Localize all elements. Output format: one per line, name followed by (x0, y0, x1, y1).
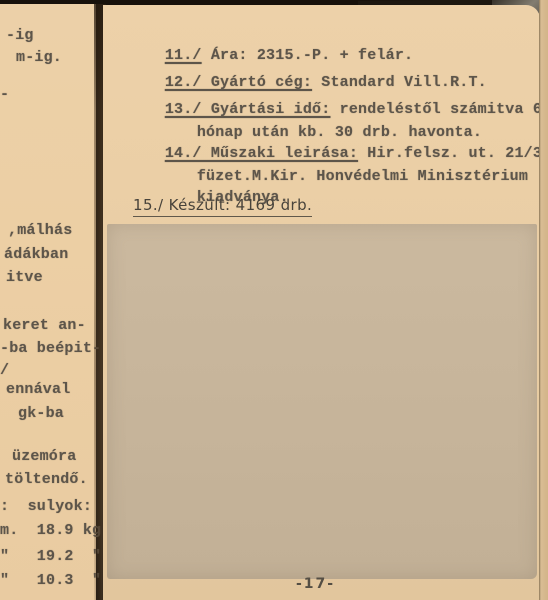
margin-fragment: : sulyok: (0, 498, 92, 515)
margin-fragment: gk-ba (18, 405, 64, 422)
scanned-page: 11./ Ára: 2315.-P. + felár. 12./ Gyártó … (103, 5, 540, 600)
margin-fragment: üzemóra (12, 448, 76, 465)
left-page-edge: -ig m-ig. - ,málhás ádákban itve keret a… (0, 4, 96, 600)
right-page-edge (539, 0, 548, 600)
margin-fragment: " 10.3 " (0, 572, 101, 589)
margin-fragment: - (0, 86, 9, 103)
margin-fragment: / (0, 362, 9, 379)
handwritten-note: 15./ Készült: 4169 drb. (133, 196, 312, 217)
margin-fragment: -ba beépit- (0, 340, 101, 357)
margin-fragment: töltendő. (5, 471, 88, 488)
page-number: -17- (296, 576, 335, 592)
margin-fragment: keret an- (3, 317, 86, 334)
margin-fragment: itve (6, 269, 43, 286)
margin-fragment: ,málhás (8, 222, 72, 239)
margin-fragment: m-ig. (16, 49, 62, 66)
margin-fragment: ennával (6, 381, 70, 398)
margin-fragment: -ig (6, 27, 34, 44)
stain-overlay (107, 224, 537, 579)
margin-fragment: ádákban (4, 246, 68, 263)
margin-fragment: " 19.2 " (0, 548, 101, 565)
